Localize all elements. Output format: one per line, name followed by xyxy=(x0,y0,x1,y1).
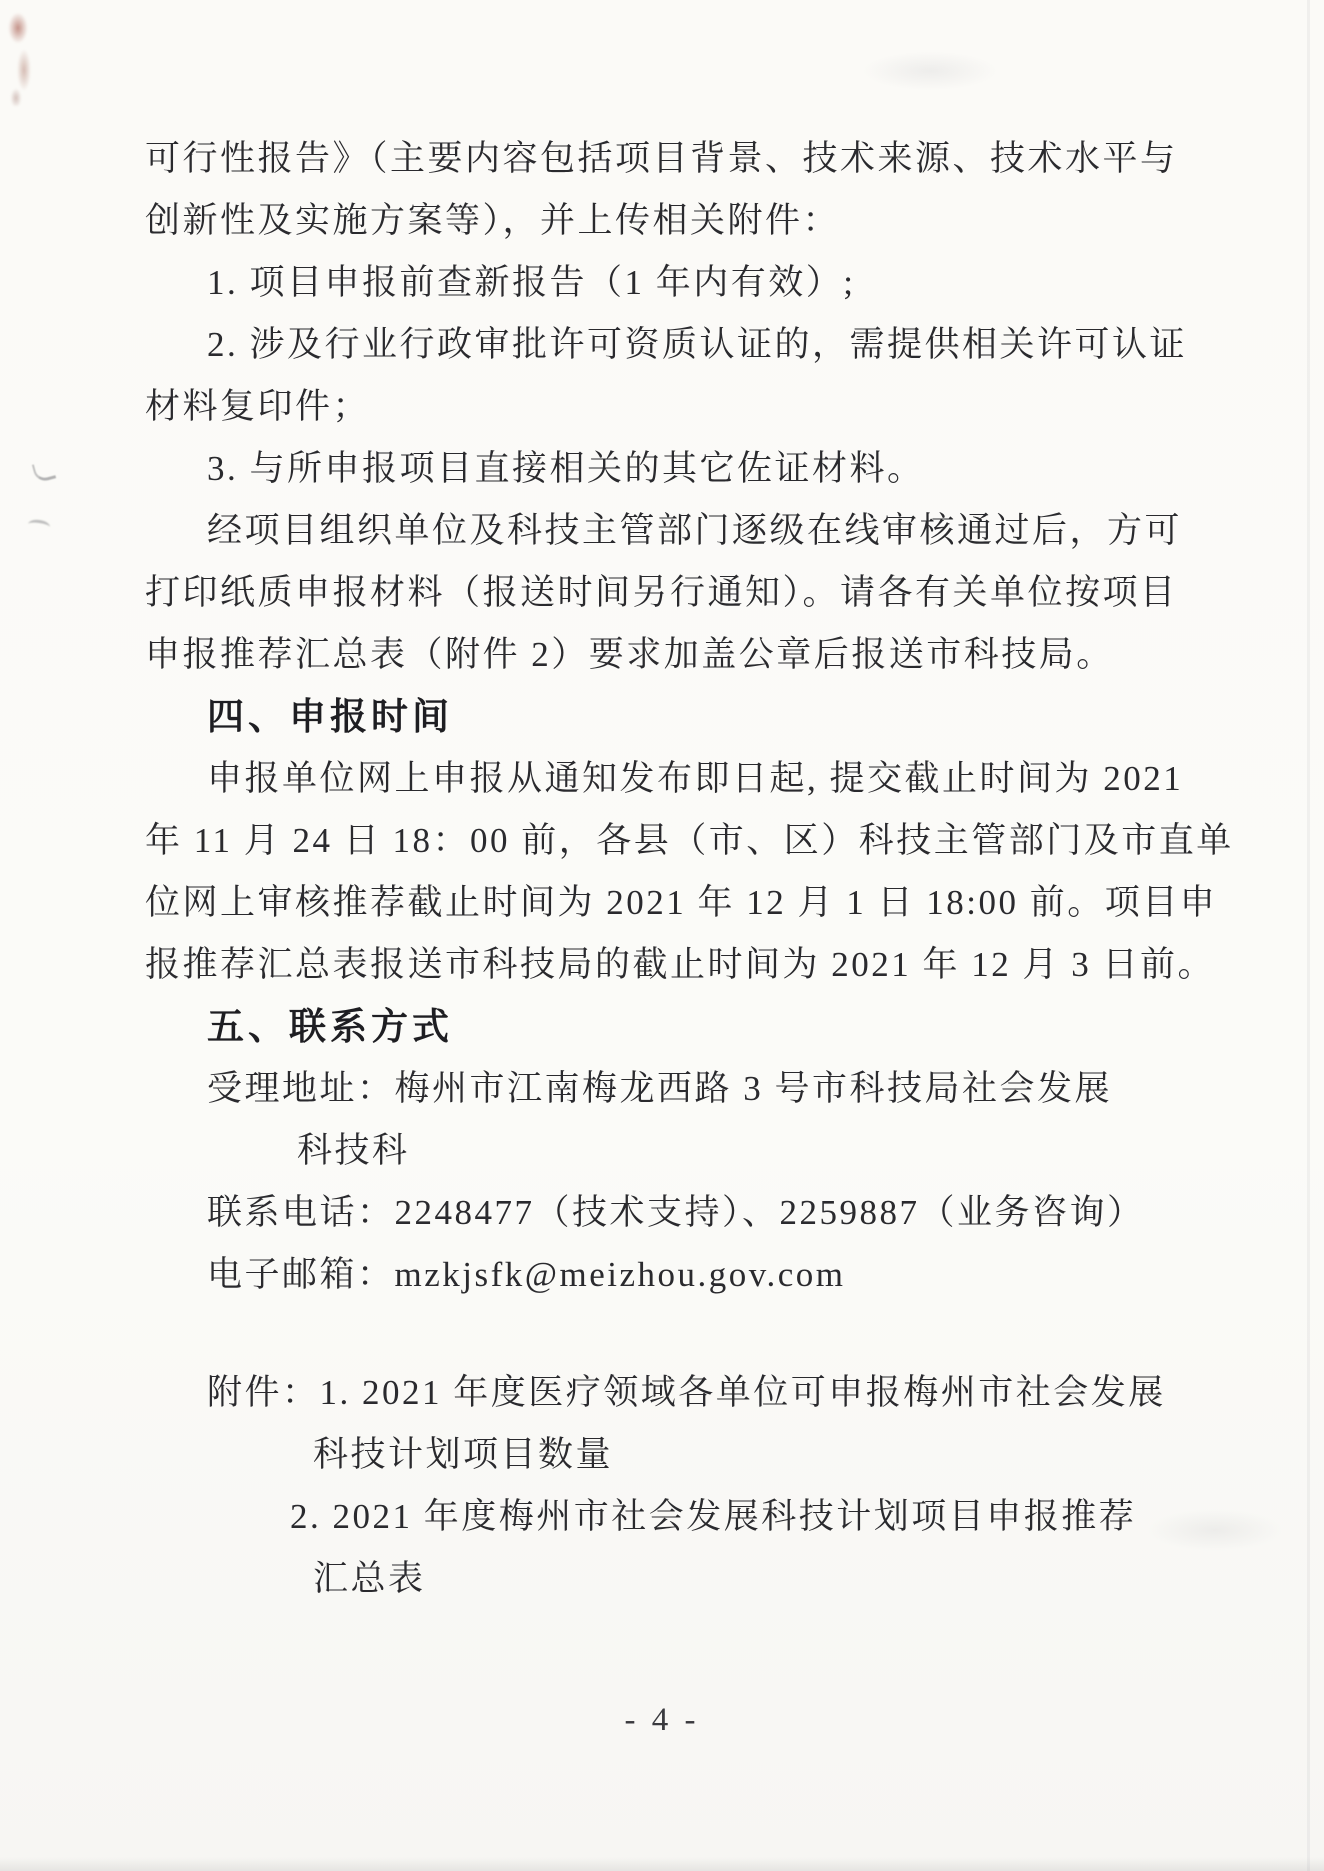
contact-email-line: 电子邮箱：mzkjsfk@meizhou.gov.com xyxy=(145,1244,1189,1306)
doc-line: 经项目组织单位及科技主管部门逐级在线审核通过后，方可 xyxy=(145,500,1189,562)
doc-line: 申报推荐汇总表（附件 2）要求加盖公章后报送市科技局。 xyxy=(145,624,1189,686)
section-heading-contact: 五、联系方式 xyxy=(145,996,1189,1058)
attachment-item: 2. 2021 年度梅州市社会发展科技计划项目申报推荐 xyxy=(145,1486,1189,1548)
doc-line: 位网上审核推荐截止时间为 2021 年 12 月 1 日 18:00 前。项目申 xyxy=(145,872,1189,934)
attachment-item: 附件：1. 2021 年度医疗领域各单位可申报梅州市社会发展 xyxy=(145,1362,1189,1424)
doc-line: 材料复印件； xyxy=(145,376,1189,438)
doc-line: 申报单位网上申报从通知发布即日起, 提交截止时间为 2021 xyxy=(145,748,1189,810)
doc-line: 可行性报告》（主要内容包括项目背景、技术来源、技术水平与 xyxy=(145,128,1189,190)
scan-corner-stain xyxy=(6,10,40,106)
document-body: 可行性报告》（主要内容包括项目背景、技术来源、技术水平与 创新性及实施方案等），… xyxy=(145,128,1189,1610)
attachment-item-continuation: 科技计划项目数量 xyxy=(145,1424,1189,1486)
doc-list-item: 2. 涉及行业行政审批许可资质认证的，需提供相关许可认证 xyxy=(145,314,1189,376)
doc-line: 报推荐汇总表报送市科技局的截止时间为 2021 年 12 月 3 日前。 xyxy=(145,934,1189,996)
scan-fold-line xyxy=(1307,0,1310,1871)
doc-list-item: 1. 项目申报前查新报告（1 年内有效）; xyxy=(145,252,1189,314)
scan-smudge xyxy=(830,36,1030,106)
doc-line: 创新性及实施方案等），并上传相关附件： xyxy=(145,190,1189,252)
contact-address-line: 受理地址：梅州市江南梅龙西路 3 号市科技局社会发展 xyxy=(145,1058,1189,1120)
doc-list-item: 3. 与所申报项目直接相关的其它佐证材料。 xyxy=(145,438,1189,500)
scanned-document-page: 可行性报告》（主要内容包括项目背景、技术来源、技术水平与 创新性及实施方案等），… xyxy=(0,0,1324,1871)
scan-edge-mark xyxy=(32,460,56,484)
page-number: - 4 - xyxy=(0,1702,1324,1739)
doc-line: 年 11 月 24 日 18：00 前，各县（市、区）科技主管部门及市直单 xyxy=(145,810,1189,872)
contact-address-line: 科技科 xyxy=(145,1120,1189,1182)
doc-line: 打印纸质申报材料（报送时间另行通知）。请各有关单位按项目 xyxy=(145,562,1189,624)
contact-phone-line: 联系电话：2248477（技术支持）、2259887（业务咨询） xyxy=(145,1182,1189,1244)
attachment-item-continuation: 汇总表 xyxy=(145,1548,1189,1610)
section-heading-apply-time: 四、申报时间 xyxy=(145,686,1189,748)
scan-edge-shadow xyxy=(0,1857,1324,1871)
scan-edge-mark xyxy=(27,519,50,533)
